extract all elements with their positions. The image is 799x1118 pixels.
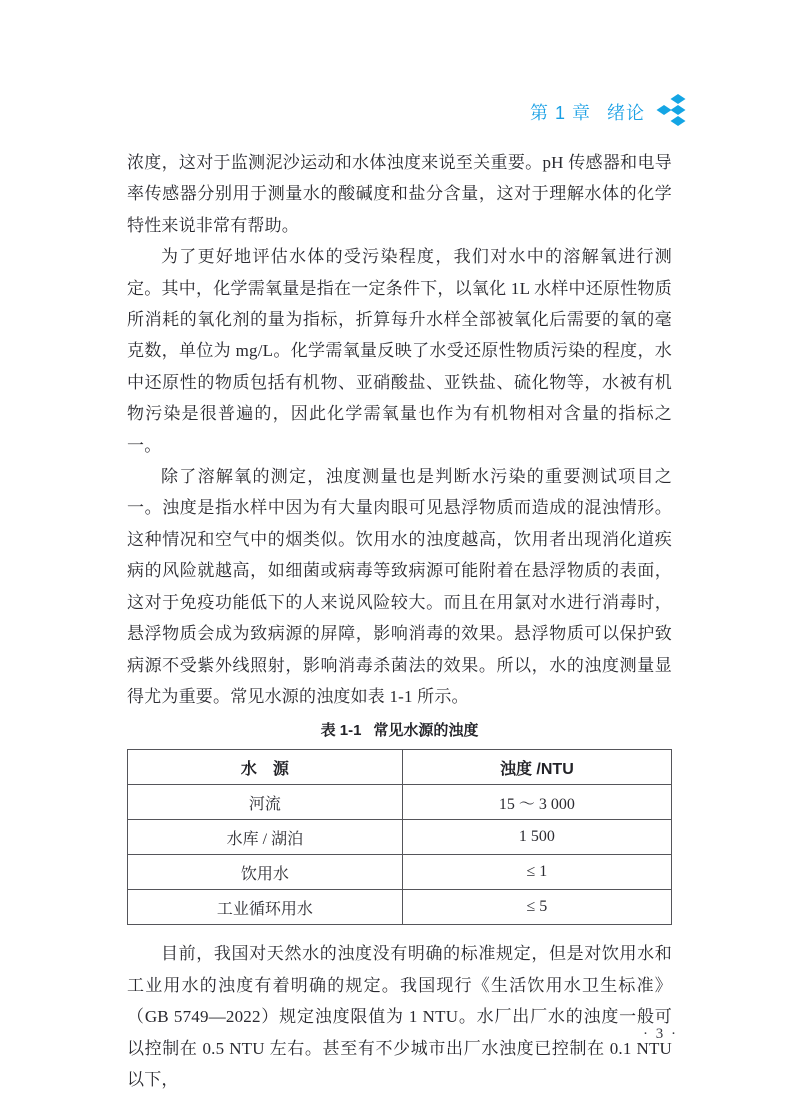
chapter-title: 绪论: [607, 99, 645, 125]
turbidity-table: 水 源 浊度 /NTU 河流 15 ～ 3 000 水库 / 湖泊 1 500 …: [127, 749, 672, 925]
table-cell-source: 饮用水: [128, 855, 403, 890]
table-row: 水库 / 湖泊 1 500: [128, 820, 672, 855]
table-cell-source: 河流: [128, 785, 403, 820]
table-row: 河流 15 ～ 3 000: [128, 785, 672, 820]
table-cell-value: 15 ～ 3 000: [402, 785, 671, 820]
page-number: · 3 ·: [643, 1026, 678, 1043]
table-row: 饮用水 ≤ 1: [128, 855, 672, 890]
paragraph: 为了更好地评估水体的受污染程度，我们对水中的溶解氧进行测定。其中，化学需氧量是指…: [127, 241, 672, 461]
table-caption-number: 表 1-1: [321, 722, 362, 739]
paragraph: 目前，我国对天然水的浊度没有明确的标准规定，但是对饮用水和工业用水的浊度有着明确…: [127, 938, 672, 1095]
table-cell-value: ≤ 5: [402, 890, 671, 925]
table-caption: 表 1-1常见水源的浊度: [127, 719, 672, 740]
table-cell-source: 水库 / 湖泊: [128, 820, 403, 855]
table-row: 工业循环用水 ≤ 5: [128, 890, 672, 925]
table-header-row: 水 源 浊度 /NTU: [128, 750, 672, 785]
running-head: 第 1 章 绪论: [530, 93, 690, 130]
table-header-source: 水 源: [128, 750, 403, 785]
table-header-turbidity: 浊度 /NTU: [402, 750, 671, 785]
diamond-cluster-icon: [656, 93, 690, 130]
paragraph: 浓度，这对于监测泥沙运动和水体浊度来说至关重要。pH 传感器和电导率传感器分别用…: [127, 147, 672, 241]
table-cell-value: ≤ 1: [402, 855, 671, 890]
paragraph: 除了溶解氧的测定，浊度测量也是判断水污染的重要测试项目之一。浊度是指水样中因为有…: [127, 461, 672, 712]
page-body: 浓度，这对于监测泥沙运动和水体浊度来说至关重要。pH 传感器和电导率传感器分别用…: [127, 147, 672, 1095]
chapter-number: 第 1 章: [530, 99, 591, 125]
table-cell-value: 1 500: [402, 820, 671, 855]
book-page: 第 1 章 绪论 浓度，这对于监测泥沙运动和水体浊度来说至关重要。pH 传感器和…: [0, 0, 799, 1118]
table-caption-title: 常见水源的浊度: [373, 722, 478, 739]
table-cell-source: 工业循环用水: [128, 890, 403, 925]
